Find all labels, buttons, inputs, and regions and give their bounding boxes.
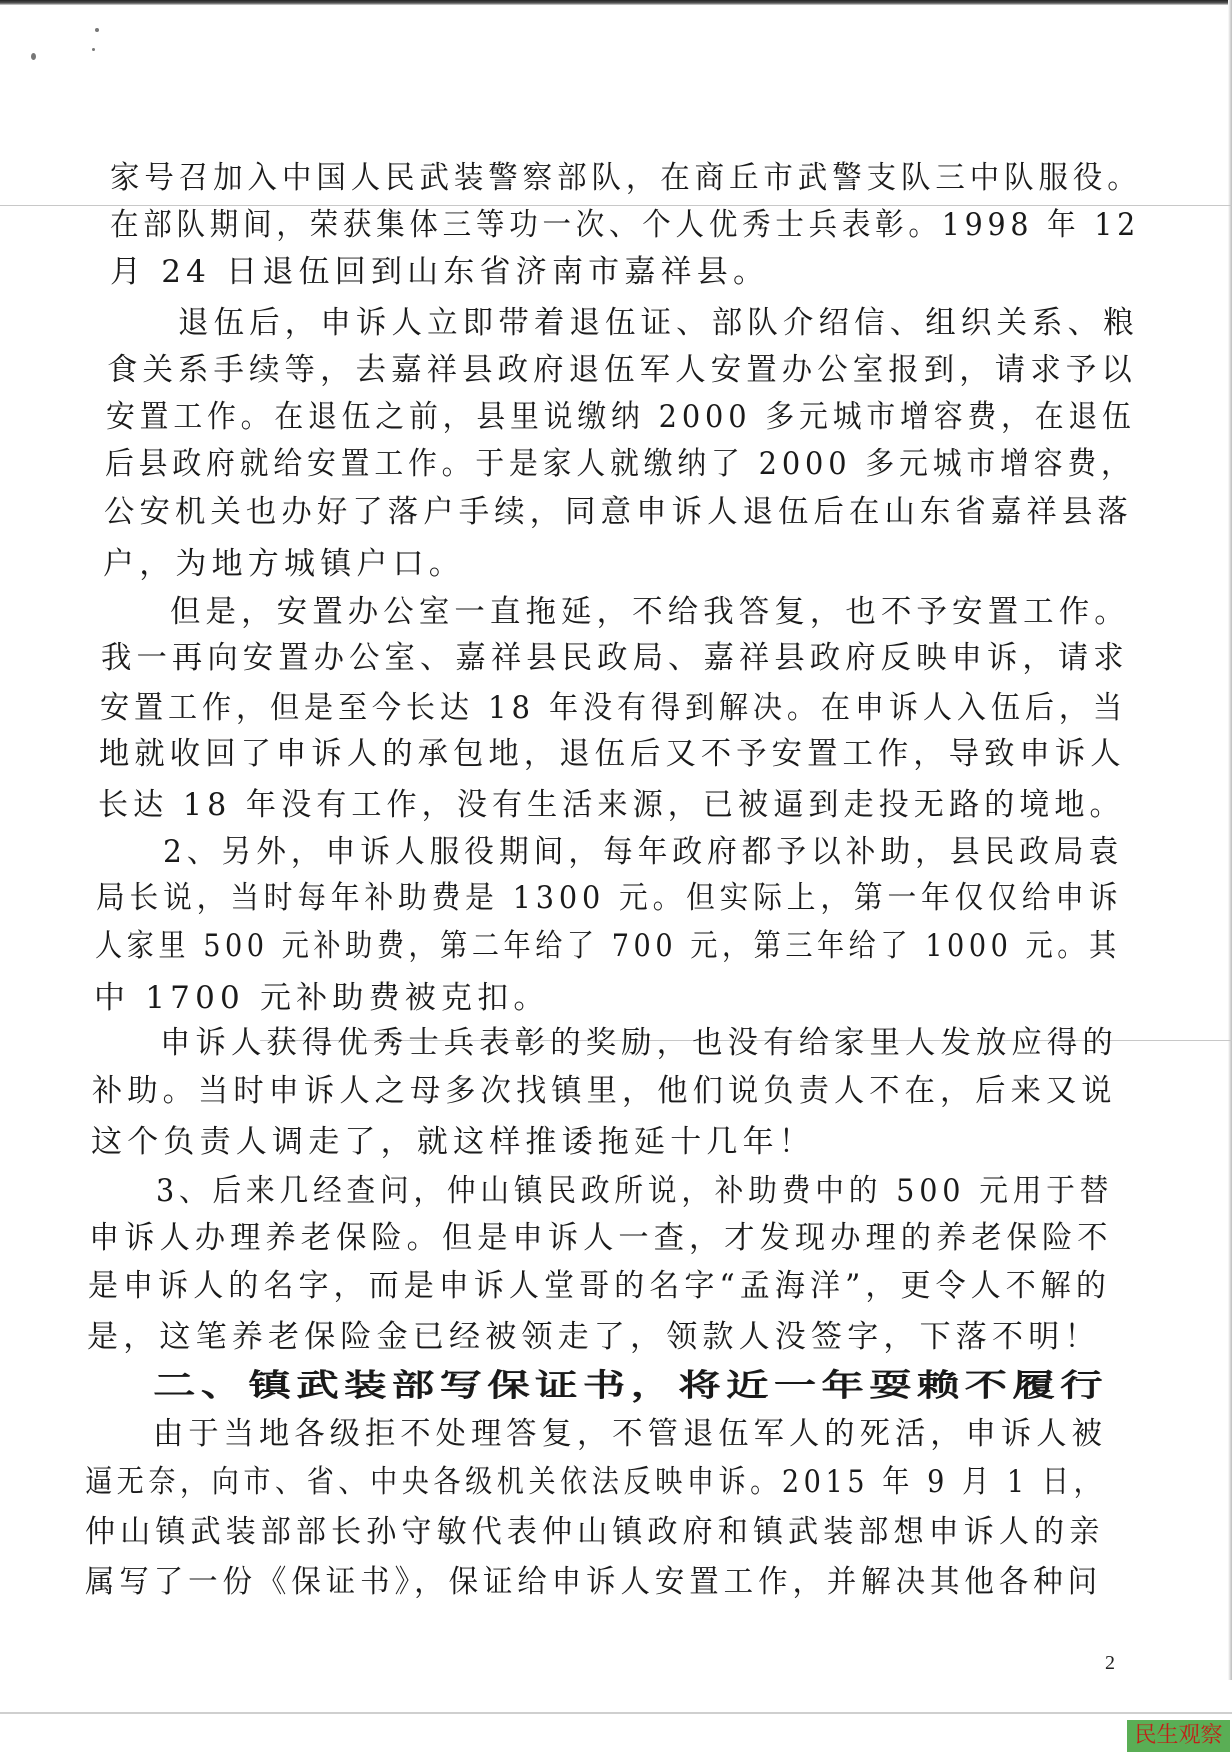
document-text-line: 安置工作，但是至今长达 18 年没有得到解决。在申诉人入伍后，当	[100, 688, 1127, 728]
document-text-line: 2、另外，申诉人服役期间，每年政府都予以补助，县民政局袁	[163, 832, 1123, 872]
document-text-line: 家号召加入中国人民武装警察部队，在商丘市武警支队三中队服役。	[110, 158, 1142, 198]
scan-top-edge	[0, 0, 1232, 5]
document-text-line: 但是，安置办公室一直拖延，不给我答复，也不予安置工作。	[170, 592, 1130, 632]
scan-speck	[95, 28, 99, 32]
document-text-line: 补助。当时申诉人之母多次找镇里，他们说负责人不在，后来又说	[92, 1071, 1117, 1111]
document-text-line: 公安机关也办好了落户手续，同意申诉人退伍后在山东省嘉祥县落	[104, 492, 1133, 532]
section-heading: 二、镇武装部写保证书，将近一年耍赖不履行	[153, 1366, 1108, 1406]
document-text-line: 我一再向安置办公室、嘉祥县民政局、嘉祥县政府反映申诉，请求	[101, 638, 1129, 678]
document-text-line: 3、后来几经查问，仲山镇民政所说，补助费中的 500 元用于替	[156, 1171, 1113, 1211]
document-text-line: 仲山镇武装部部长孙守敏代表仲山镇政府和镇武装部想申诉人的亲	[85, 1512, 1104, 1552]
document-text-line: 退伍后，申诉人立即带着退伍证、部队介绍信、组织关系、粮	[178, 303, 1139, 343]
document-text-line: 逼无奈，向市、省、中央各级机关依法反映申诉。2015 年 9 月 1 日，	[85, 1462, 1105, 1502]
document-text-line: 在部队期间，荣获集体三等功一次、个人优秀士兵表彰。1998 年 12	[110, 205, 1140, 245]
document-text-line: 人家里 500 元补助费，第二年给了 700 元，第三年给了 1000 元。其	[95, 926, 1121, 966]
document-text-line: 属写了一份《保证书》，保证给申诉人安置工作，并解决其他各种问	[85, 1562, 1102, 1602]
document-text-line: 申诉人办理养老保险。但是申诉人一查，才发现办理的养老保险不	[89, 1218, 1113, 1258]
document-text-line: 由于当地各级拒不处理答复，不管退伍军人的死活，申诉人被	[153, 1414, 1107, 1454]
document-text-line: 申诉人获得优秀士兵表彰的奖励，也没有给家里人发放应得的	[160, 1023, 1118, 1063]
document-text-line: 食关系手续等，去嘉祥县政府退伍军人安置办公室报到，请求予以	[107, 350, 1137, 390]
scan-speck	[31, 53, 36, 60]
document-text-line: 安置工作。在退伍之前，县里说缴纳 2000 多元城市增容费，在退伍	[106, 397, 1136, 437]
scan-speck	[92, 48, 95, 51]
document-text-line: 地就收回了申诉人的承包地，退伍后又不予安置工作，导致申诉人	[99, 734, 1126, 774]
document-text-line: 这个负责人调走了，就这样推诿拖延十几年！	[91, 1122, 815, 1162]
page-number: 2	[1105, 1652, 1115, 1675]
watermark-badge: 民生观察	[1127, 1720, 1230, 1752]
document-text-line: 长达 18 年没有工作，没有生活来源，已被逼到走投无路的境地。	[98, 785, 1125, 825]
document-text-line: 局长说，当时每年补助费是 1300 元。但实际上，第一年仅仅给申诉	[96, 878, 1122, 918]
document-text-line: 月 24 日退伍回到山东省济南市嘉祥县。	[110, 252, 769, 292]
scan-right-edge	[1228, 0, 1232, 1680]
document-text-line: 户，为地方城镇户口。	[103, 544, 465, 584]
document-text-line: 中 1700 元补助费被克扣。	[94, 978, 550, 1018]
document-text-line: 是，这笔养老保险金已经被领走了，领款人没签字，下落不明！	[87, 1317, 1101, 1357]
document-text-line: 是申诉人的名字，而是申诉人堂哥的名字“孟海洋”，更令人不解的	[88, 1266, 1111, 1306]
page-bottom-edge	[0, 1712, 1232, 1714]
document-text-line: 后县政府就给安置工作。于是家人就缴纳了 2000 多元城市增容费，	[105, 444, 1135, 484]
